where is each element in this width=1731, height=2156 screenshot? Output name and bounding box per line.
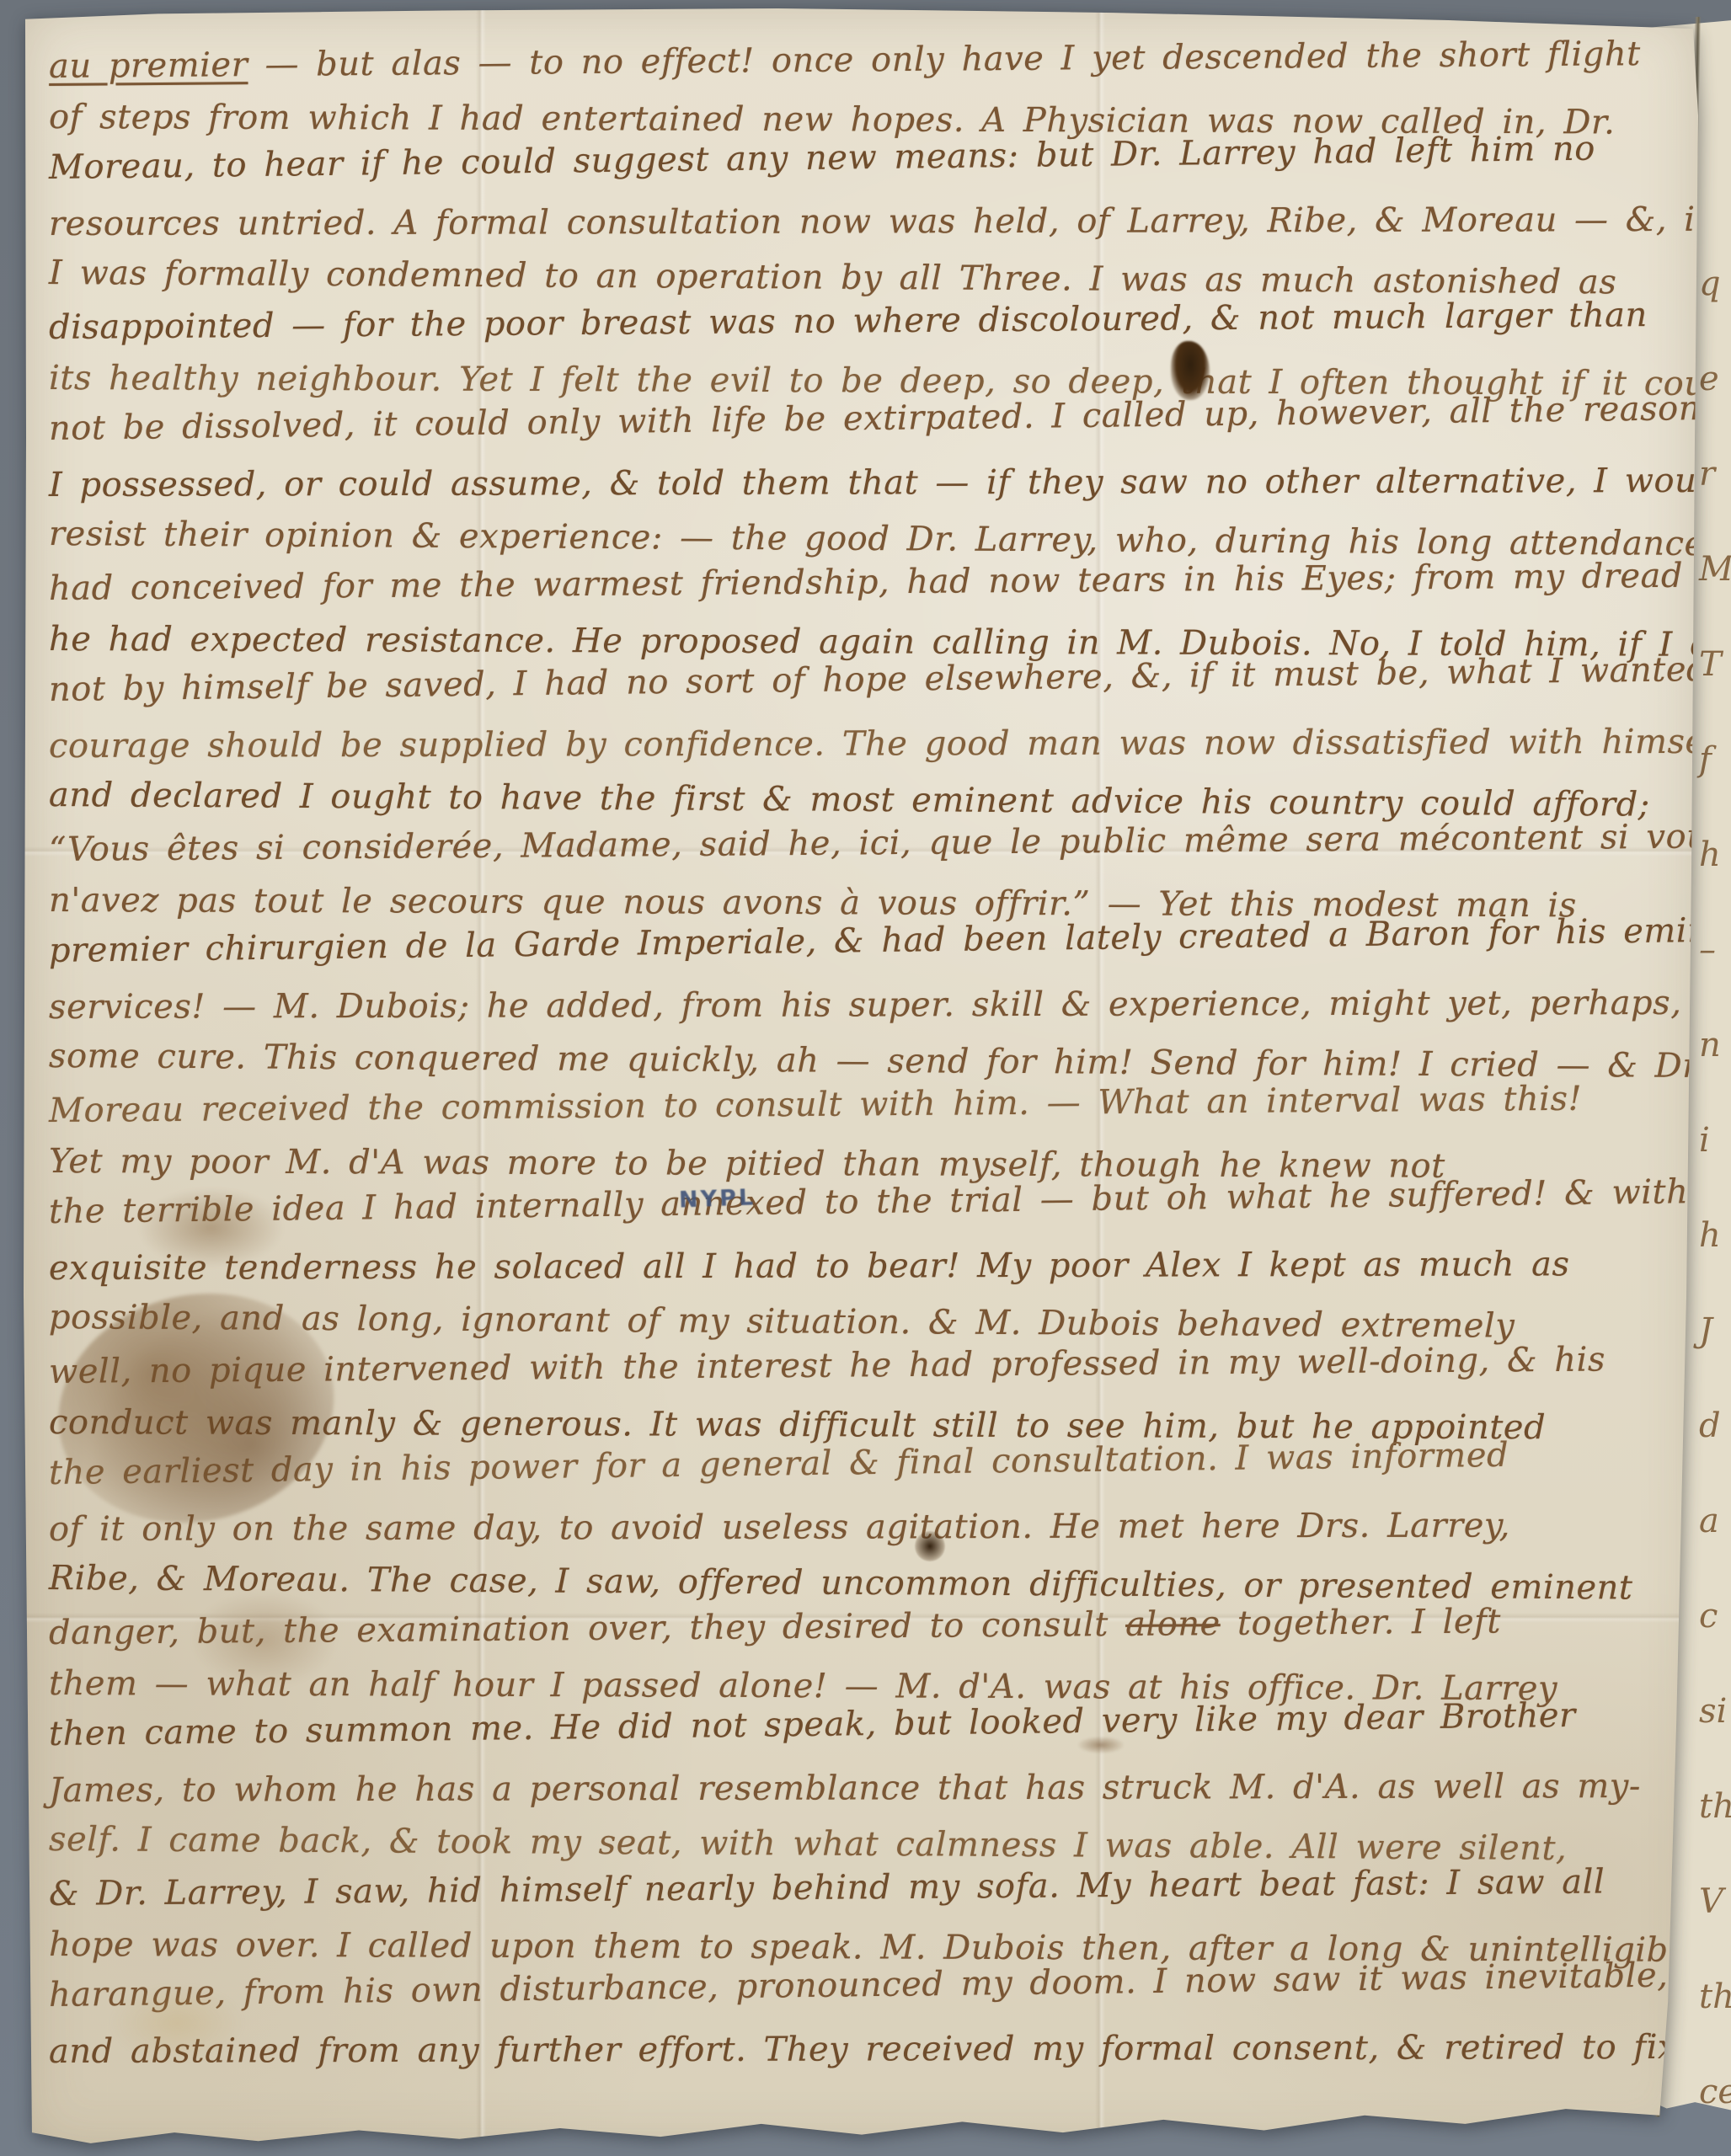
letter-page: au premier — but alas — to no effect! on… (24, 8, 1700, 2152)
manuscript-line: and abstained from any further effort. T… (49, 2021, 1695, 2078)
adjacent-page-text-fragment: V (1699, 1882, 1723, 1921)
adjacent-page-text-fragment: M (1699, 550, 1731, 589)
nypl-stamp: NYPL (678, 1184, 756, 1213)
manuscript-line: au premier — but alas — to no effect! on… (49, 28, 1695, 93)
manuscript-line: resources untried. A formal consultation… (49, 194, 1695, 250)
adjacent-page-text-fragment: e (1699, 360, 1719, 398)
manuscript-line: of it only on the same day, to avoid use… (49, 1499, 1695, 1556)
letter-page-wrap: au premier — but alas — to no effect! on… (0, 0, 1676, 2143)
adjacent-page-text-fragment: q (1699, 264, 1721, 303)
adjacent-page-text-fragment: a (1699, 1502, 1719, 1540)
text-lines: au premier — but alas — to no effect! on… (49, 39, 1695, 2075)
adjacent-page-text-fragment: si (1699, 1692, 1727, 1731)
manuscript-line: exquisite tenderness he solaced all I ha… (49, 1238, 1695, 1294)
adjacent-page-text-fragment: th (1699, 1787, 1731, 1826)
adjacent-page-text-fragment: ce (1699, 2073, 1731, 2111)
adjacent-page-text-fragment: h (1699, 835, 1721, 874)
adjacent-page-text-fragment: J (1699, 1311, 1712, 1350)
manuscript-line: courage should be supplied by confidence… (49, 716, 1695, 772)
manuscript-line: I possessed, or could assume, & told the… (49, 455, 1695, 511)
adjacent-page-text-fragment: n (1699, 1026, 1721, 1065)
adjacent-page-text-fragment: T (1699, 645, 1722, 684)
manuscript-line: James, to whom he has a personal resembl… (49, 1760, 1695, 1817)
manuscript-line: services! — M. Dubois; he added, from hi… (49, 977, 1695, 1033)
adjacent-page-text-fragment: th (1699, 1977, 1731, 2016)
manuscript-photo: qerMTfh–nihJdacsithVthce au premier — bu… (0, 0, 1731, 2156)
adjacent-page-text-fragment: h (1699, 1216, 1721, 1255)
adjacent-page-text-fragment: c (1699, 1597, 1718, 1636)
adjacent-page-text-fragment: f (1699, 740, 1712, 779)
adjacent-page-text-fragment: r (1699, 455, 1715, 494)
adjacent-page-text-fragment: d (1699, 1406, 1721, 1445)
adjacent-page-text-fragment: i (1699, 1121, 1710, 1160)
adjacent-page-text-fragment: – (1699, 931, 1716, 969)
